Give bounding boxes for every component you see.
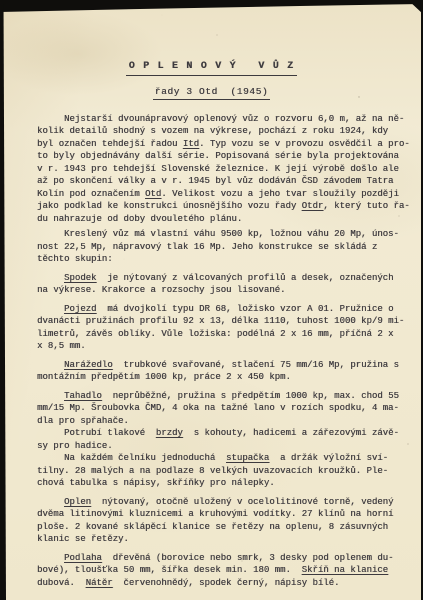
underlined-term: Podlaha [64, 553, 102, 563]
text-line: dvanácti pružinách profilu 92 x 13, délk… [37, 315, 409, 328]
paragraph: Podlaha dřevěná (borovice nebo smrk, 3 d… [37, 552, 409, 590]
text-line: ploše. 2 kované sklápěcí klanice se řetě… [37, 521, 409, 534]
text-line: x 8,5 mm. [37, 340, 409, 353]
text-line: dla pro spřahače. [37, 415, 409, 428]
text-line: tilny. 28 malých a na podlaze 8 velkých … [37, 465, 409, 478]
page-content: O P L E N O V Ý V Ů Z řady 3 Otd (1945) … [0, 0, 423, 600]
text-line: až po skončení války a v r. 1945 byl vůz… [37, 175, 409, 188]
text-line: chová tabulka s nápisy, skříňky pro nále… [37, 477, 409, 490]
underlined-term: Otdr [302, 201, 324, 211]
underlined-term: Itd [183, 139, 199, 149]
text-line: montážním předpětím 1000 kp, práce 2 x 4… [37, 371, 409, 384]
paragraph: Kreslený vůz má vlastní váhu 9500 kp, lo… [37, 228, 409, 266]
underlined-term: stupačka [226, 453, 269, 463]
title-block: O P L E N O V Ý V Ů Z [0, 0, 423, 76]
text-line: kolik detailů shodný s vozem na výkrese,… [37, 125, 409, 138]
paragraph: Spodek je nýtovaný z válcovaných profilů… [37, 272, 409, 297]
text-line: limetrů, závěs oblíky. Vůle ložiska: pod… [37, 328, 409, 341]
text-line: Kolín pod označením Otd. Velikost vozu a… [37, 188, 409, 201]
page-subtitle: řady 3 Otd (1945) [153, 86, 270, 100]
text-line: na výkrese. Krakorce a rozsochy jsou lis… [37, 284, 409, 297]
text-line: dvěma litinovými kluznicemi a kruhovými … [37, 508, 409, 521]
text-line: Tahadlo neprůběžné, pružina s předpětím … [37, 390, 409, 403]
text-line: v r. 1943 pro tehdejší Slovenské železni… [37, 163, 409, 176]
document-body: Nejstarší dvounápravový oplenový vůz o r… [37, 113, 409, 590]
underlined-term: Otd [145, 189, 161, 199]
text-line: jako podklad ke konstrukci únosnějšího v… [37, 200, 409, 213]
paragraph: Oplen nýtovaný, otočně uložený v oceloli… [37, 496, 409, 546]
underlined-term: Narážedlo [64, 360, 113, 370]
paragraph: Nejstarší dvounápravový oplenový vůz o r… [37, 113, 409, 226]
underlined-term: Nátěr [86, 578, 113, 588]
paragraph: Pojezd má dvojkolí typu DR 68, ložisko v… [37, 303, 409, 353]
text-line: Na každém čelníku jednoduchá stupačka a … [37, 452, 409, 465]
paragraph: Tahadlo neprůběžné, pružina s předpětím … [37, 390, 409, 428]
paragraph: Potrubí tlakové brzdy s kohouty, hadicem… [37, 427, 409, 452]
page-title: O P L E N O V Ý V Ů Z [126, 61, 298, 76]
subtitle-block: řady 3 Otd (1945) [0, 81, 423, 100]
text-line: Spodek je nýtovaný z válcovaných profilů… [37, 272, 409, 285]
text-line: nost 22,5 Mp, nápravový tlak 16 Mp. Jeho… [37, 241, 409, 254]
text-line: Nejstarší dvounápravový oplenový vůz o r… [37, 113, 409, 126]
text-line: to byly objednávány další série. Popisov… [37, 150, 409, 163]
underlined-term: Skříň na klanice [302, 565, 388, 575]
underlined-term: Spodek [64, 273, 96, 283]
text-line: dubová. Nátěr červenohnědý, spodek černý… [37, 577, 409, 590]
text-line: Oplen nýtovaný, otočně uložený v oceloli… [37, 496, 409, 509]
text-line: Narážedlo trubkové svařované, stlačení 7… [37, 359, 409, 372]
text-line: byl označen tehdejší řadou Itd. Typ vozu… [37, 138, 409, 151]
text-line: sy pro hadice. [37, 440, 409, 453]
text-line: bové), tloušťka 50 mm, šířka desek min. … [37, 564, 409, 577]
text-line: Pojezd má dvojkolí typu DR 68, ložisko v… [37, 303, 409, 316]
underlined-term: Pojezd [64, 304, 96, 314]
underlined-term: Oplen [64, 497, 91, 507]
text-line: Podlaha dřevěná (borovice nebo smrk, 3 d… [37, 552, 409, 565]
text-line: klanic se řetězy. [37, 533, 409, 546]
text-line: mm/15 Mp. Šroubovka ČMD, 4 oka na tažné … [37, 402, 409, 415]
underlined-term: brzdy [156, 428, 183, 438]
text-line: du nahrazuje od doby dvouletého plánu. [37, 213, 409, 226]
paragraph: Narážedlo trubkové svařované, stlačení 7… [37, 359, 409, 384]
text-line: Potrubí tlakové brzdy s kohouty, hadicem… [37, 427, 409, 440]
text-line: Kreslený vůz má vlastní váhu 9500 kp, lo… [37, 228, 409, 241]
text-line: těchto skupin: [37, 253, 409, 266]
paragraph: Na každém čelníku jednoduchá stupačka a … [37, 452, 409, 490]
underlined-term: Tahadlo [64, 391, 102, 401]
